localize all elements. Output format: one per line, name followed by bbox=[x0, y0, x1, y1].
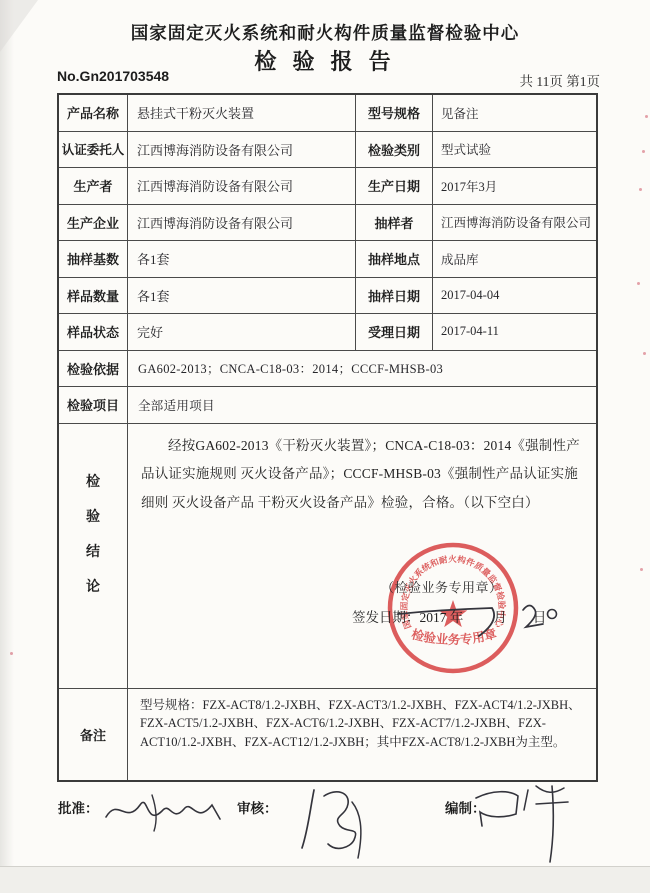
row-value: 型式试验 bbox=[433, 132, 596, 168]
row-value: 2017-04-11 bbox=[433, 314, 596, 350]
row-value: 2017年3月 bbox=[433, 168, 596, 204]
table-row: 认证委托人 江西博海消防设备有限公司 检验类别 型式试验 bbox=[59, 132, 596, 169]
row-value: 江西博海消防设备有限公司 bbox=[128, 168, 356, 204]
row-value: 江西博海消防设备有限公司 bbox=[433, 205, 596, 241]
scan-speck bbox=[640, 568, 643, 571]
handwritten-day-2 bbox=[523, 606, 543, 628]
scan-speck bbox=[10, 652, 13, 655]
row-value: 成品库 bbox=[433, 241, 596, 277]
table-row: 样品状态 完好 受理日期 2017-04-11 bbox=[59, 314, 596, 351]
row-value: 见备注 bbox=[433, 95, 596, 131]
row-value: GA602-2013；CNCA-C18-03：2014；CCCF-MHSB-03 bbox=[128, 351, 596, 387]
scan-speck bbox=[642, 150, 645, 153]
row-value: 2017-04-04 bbox=[433, 278, 596, 314]
row-value: 江西博海消防设备有限公司 bbox=[128, 205, 356, 241]
row-label: 抽样者 bbox=[356, 205, 433, 241]
handwritten-month-7 bbox=[398, 608, 494, 636]
remark-row: 备注 型号规格：FZX-ACT8/1.2-JXBH、FZX-ACT3/1.2-J… bbox=[59, 689, 596, 780]
page-count: 共 11页 第1页 bbox=[520, 70, 601, 90]
row-label: 抽样日期 bbox=[356, 278, 433, 314]
table-row: 样品数量 各1套 抽样日期 2017-04-04 bbox=[59, 278, 596, 315]
row-value: 各1套 bbox=[128, 278, 356, 314]
row-label: 生产者 bbox=[59, 168, 128, 204]
row-label: 抽样基数 bbox=[59, 241, 128, 277]
approve-label: 批准： bbox=[58, 797, 99, 817]
row-label: 检验依据 bbox=[59, 351, 128, 387]
row-value: 悬挂式干粉灭火装置 bbox=[128, 95, 356, 131]
row-value: 江西博海消防设备有限公司 bbox=[128, 132, 356, 168]
remark-text: 型号规格：FZX-ACT8/1.2-JXBH、FZX-ACT3/1.2-JXBH… bbox=[128, 689, 596, 780]
report-number: No.Gn201703548 bbox=[57, 68, 169, 84]
table-row: 抽样基数 各1套 抽样地点 成品库 bbox=[59, 241, 596, 278]
row-label: 生产日期 bbox=[356, 168, 433, 204]
row-value: 完好 bbox=[128, 314, 356, 350]
table-row: 生产企业 江西博海消防设备有限公司 抽样者 江西博海消防设备有限公司 bbox=[59, 205, 596, 242]
inspection-items-row: 检验项目 全部适用项目 bbox=[59, 387, 596, 424]
row-label: 产品名称 bbox=[59, 95, 128, 131]
handwritten-date bbox=[340, 596, 580, 644]
table-row: 生产者 江西博海消防设备有限公司 生产日期 2017年3月 bbox=[59, 168, 596, 205]
org-title: 国家固定灭火系统和耐火构件质量监督检验中心 bbox=[0, 20, 650, 45]
seal-caption: （检验业务专用章） bbox=[381, 577, 503, 596]
row-value: 各1套 bbox=[128, 241, 356, 277]
remark-label: 备注 bbox=[59, 689, 128, 780]
row-label: 生产企业 bbox=[59, 205, 128, 241]
scan-speck bbox=[643, 352, 646, 355]
row-label: 样品状态 bbox=[59, 314, 128, 350]
row-label: 受理日期 bbox=[356, 314, 433, 350]
conclusion-text: 经按GA602-2013《干粉灭火装置》；CNCA-C18-03：2014《强制… bbox=[128, 424, 596, 518]
inspection-basis-row: 检验依据 GA602-2013；CNCA-C18-03：2014；CCCF-MH… bbox=[59, 351, 596, 388]
review-signature bbox=[288, 782, 383, 864]
row-label: 检验项目 bbox=[59, 387, 128, 423]
prepare-signature bbox=[462, 780, 582, 868]
scan-edge-shadow bbox=[0, 0, 14, 868]
row-label: 检验类别 bbox=[356, 132, 433, 168]
review-label: 审核： bbox=[237, 797, 278, 817]
row-label: 抽样地点 bbox=[356, 241, 433, 277]
row-label: 型号规格 bbox=[356, 95, 433, 131]
conclusion-label: 检 验 结 论 bbox=[59, 424, 128, 688]
row-label: 认证委托人 bbox=[59, 132, 128, 168]
scan-speck bbox=[645, 115, 648, 118]
row-value: 全部适用项目 bbox=[128, 387, 596, 423]
table-row: 产品名称 悬挂式干粉灭火装置 型号规格 见备注 bbox=[59, 95, 596, 132]
scan-bottom-band bbox=[0, 867, 650, 893]
handwritten-day-0 bbox=[548, 610, 557, 619]
approve-signature bbox=[100, 785, 230, 837]
row-label: 样品数量 bbox=[59, 278, 128, 314]
scan-speck bbox=[639, 188, 642, 191]
scan-speck bbox=[637, 282, 640, 285]
